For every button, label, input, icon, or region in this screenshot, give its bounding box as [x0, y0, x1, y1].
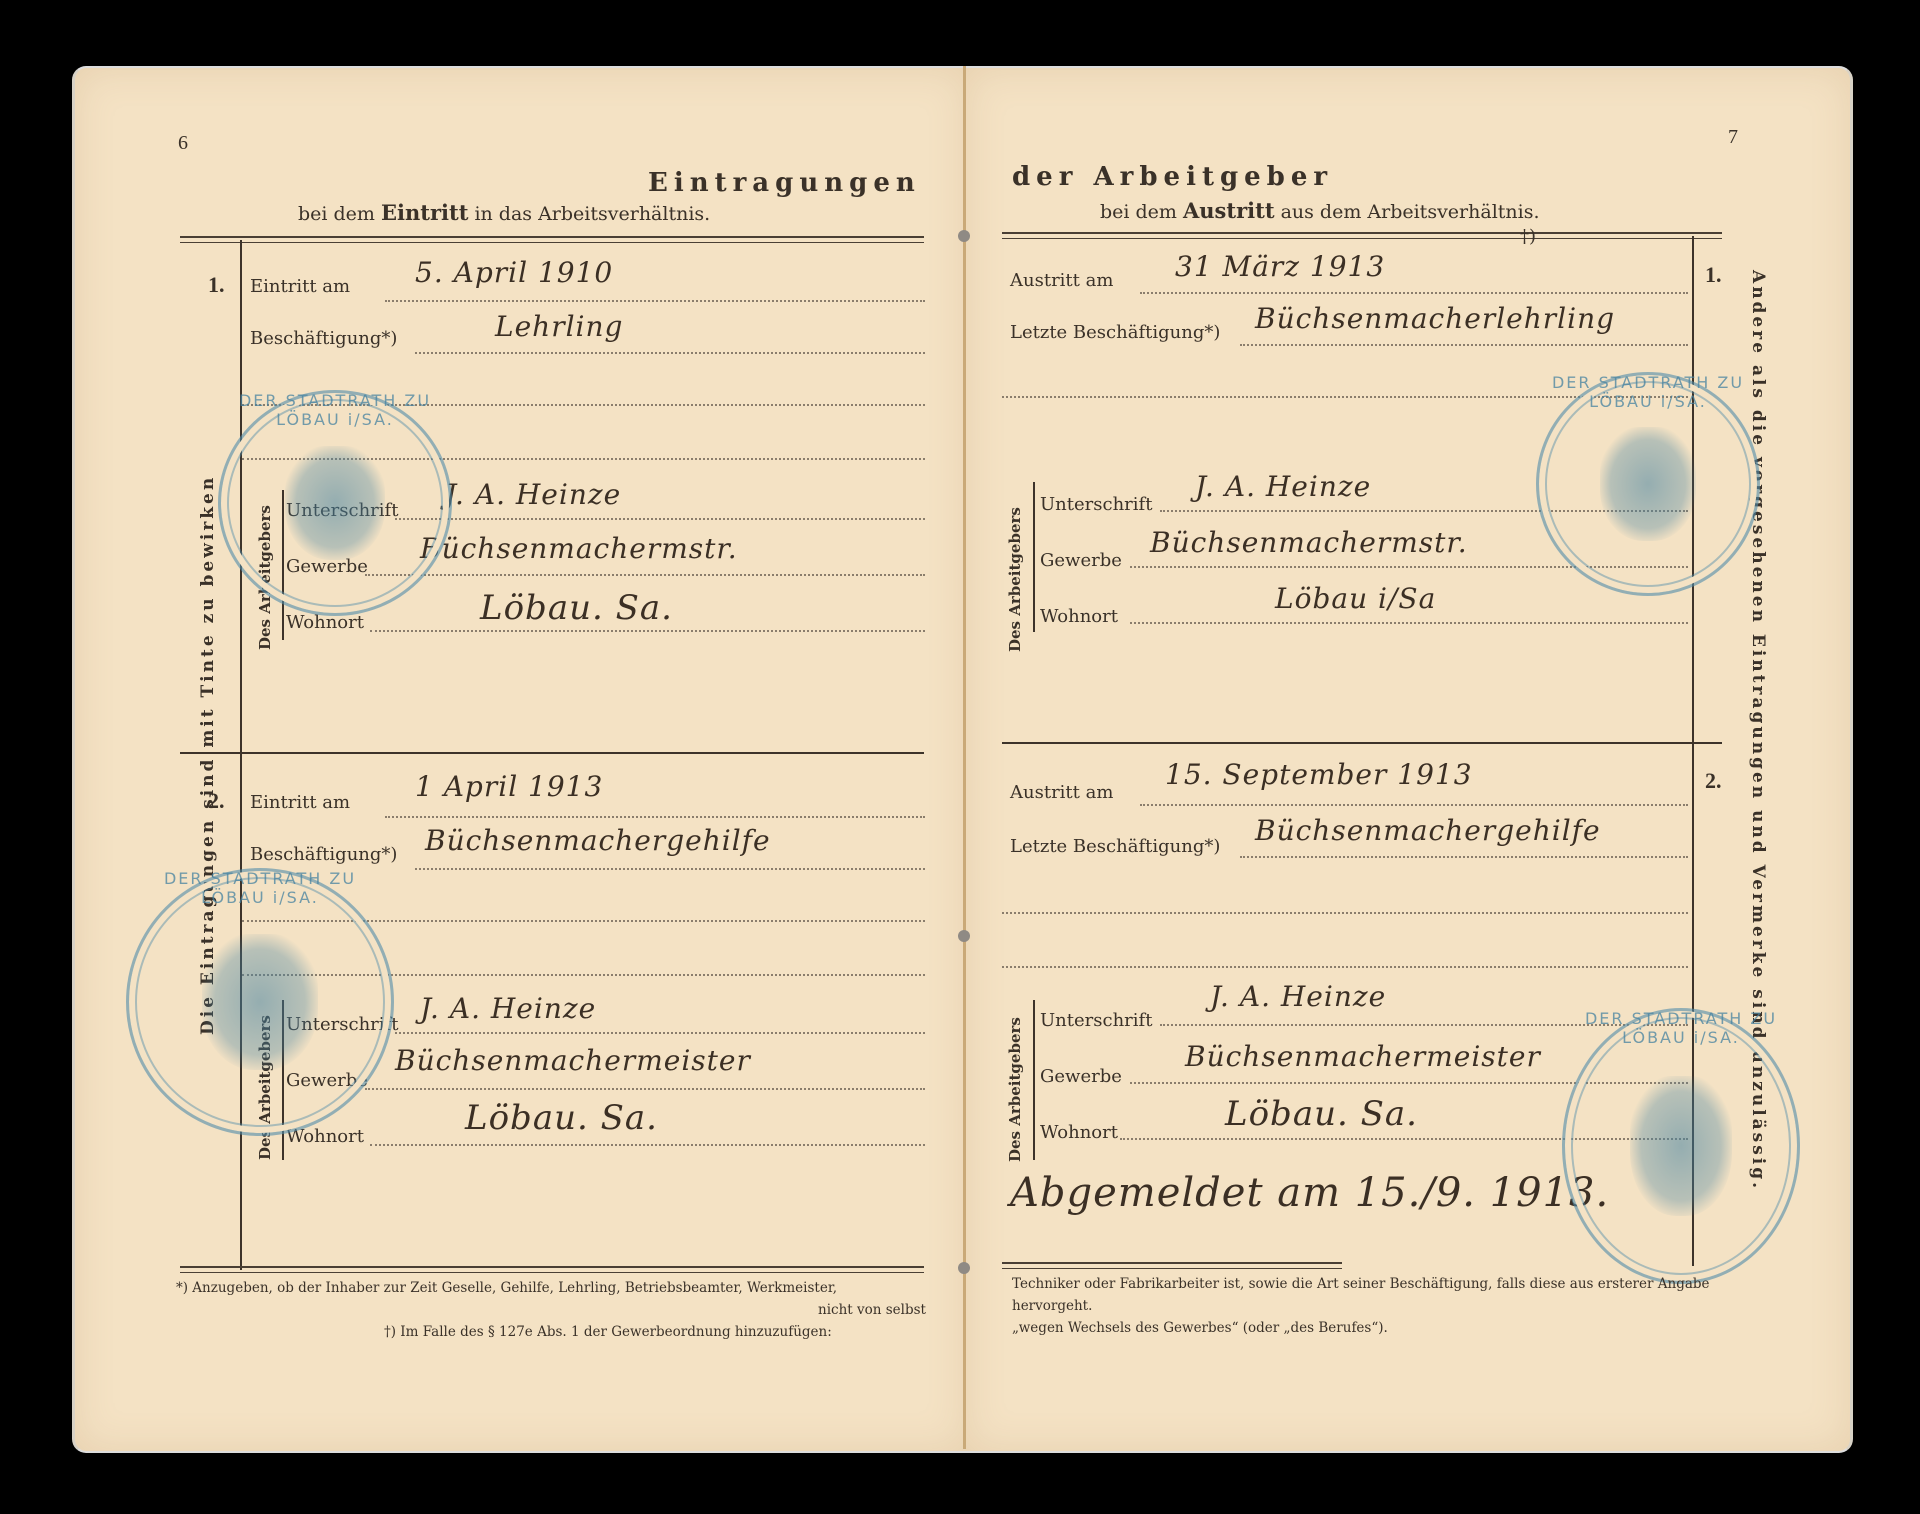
- dotted-line: [1240, 856, 1688, 858]
- dotted-line: [1140, 804, 1688, 806]
- right-title: der Arbeitgeber: [1012, 162, 1333, 192]
- wohnort-label: Wohnort: [1040, 1122, 1118, 1143]
- wohnort-label: Wohnort: [1040, 606, 1118, 627]
- dotted-line: [365, 574, 925, 576]
- footnote-line1: Techniker oder Fabrikarbeiter ist, sowie…: [1012, 1276, 1710, 1292]
- austritt-date-field[interactable]: 31 März 1913: [1175, 250, 1385, 283]
- footnote-star: *) Anzugeben, ob der Inhaber zur Zeit Ge…: [176, 1280, 837, 1296]
- beschaeftigung-field[interactable]: Büchsenmachergehilfe: [425, 824, 771, 857]
- entry-number: 1.: [1705, 262, 1722, 288]
- footnote-line3: „wegen Wechsels des Gewerbes“ (oder „des…: [1012, 1320, 1388, 1336]
- subtitle-bold: Austritt: [1183, 198, 1275, 223]
- eintritt-label: Eintritt am: [250, 792, 350, 813]
- entry-number: 1.: [208, 272, 225, 298]
- eagle-emblem-icon: [285, 446, 385, 560]
- eintritt-date-field[interactable]: 1 April 1913: [415, 770, 603, 803]
- left-subtitle: bei dem Eintritt in das Arbeitsverhältni…: [298, 200, 710, 225]
- official-stamp: DER STADTRATH ZU LÖBAU i/SA.: [126, 868, 394, 1136]
- unterschrift-label: Unterschrift: [1040, 1010, 1152, 1031]
- dotted-line: [370, 630, 925, 632]
- stamp-text: DER STADTRATH ZU LÖBAU i/SA.: [221, 391, 449, 429]
- stamp-text: DER STADTRATH ZU LÖBAU i/SA.: [1539, 373, 1757, 411]
- dotted-line: [415, 352, 925, 354]
- unterschrift-field[interactable]: J. A. Heinze: [420, 992, 596, 1025]
- book-gutter: [963, 66, 966, 1449]
- footnote-star-continued: nicht von selbst: [818, 1302, 926, 1318]
- dotted-line: [395, 1032, 925, 1034]
- subtitle-suffix: in das Arbeitsverhältnis.: [474, 203, 710, 225]
- dotted-line: [1002, 966, 1688, 968]
- staple-icon: [958, 230, 970, 242]
- official-stamp: DER STADTRATH ZU LÖBAU i/SA.: [1536, 372, 1760, 596]
- header-rule: [1002, 232, 1722, 239]
- wohnort-field[interactable]: Löbau. Sa.: [1225, 1094, 1418, 1134]
- eintritt-date-field[interactable]: 5. April 1910: [415, 256, 613, 289]
- austritt-date-field[interactable]: 15. September 1913: [1165, 758, 1473, 791]
- abgemeldet-note[interactable]: Abgemeldet am 15./9. 1913.: [1010, 1170, 1609, 1216]
- gewerbe-label: Gewerbe: [1040, 1066, 1122, 1087]
- subtitle-prefix: bei dem: [298, 203, 375, 225]
- subtitle-bold: Eintritt: [381, 200, 468, 225]
- dotted-line: [1140, 292, 1688, 294]
- staple-icon: [958, 1262, 970, 1274]
- official-stamp: DER STADTRATH ZU LÖBAU i/SA.: [218, 390, 452, 616]
- page-number-left: 6: [178, 132, 188, 155]
- austritt-label: Austritt am: [1010, 270, 1113, 291]
- staple-icon: [958, 930, 970, 942]
- beschaeftigung-label: Beschäftigung*): [250, 328, 397, 349]
- dotted-line: [370, 1144, 925, 1146]
- unterschrift-field[interactable]: J. A. Heinze: [445, 478, 621, 511]
- footnote-dagger: †) Im Falle des § 127e Abs. 1 der Gewerb…: [384, 1324, 832, 1340]
- unterschrift-label: Unterschrift: [1040, 494, 1152, 515]
- wohnort-field[interactable]: Löbau. Sa.: [480, 588, 673, 628]
- entry-separator: [180, 752, 924, 754]
- official-stamp: DER STADTRATH ZU LÖBAU i/SA.: [1562, 1008, 1800, 1284]
- stamp-text: DER STADTRATH ZU LÖBAU i/SA.: [1565, 1009, 1797, 1047]
- letzte-beschaeftigung-label: Letzte Beschäftigung*): [1010, 836, 1220, 857]
- footer-rule: [1002, 1262, 1342, 1269]
- dotted-line: [1240, 344, 1688, 346]
- left-title: Eintragungen: [648, 168, 921, 198]
- wohnort-field[interactable]: Löbau. Sa.: [465, 1098, 658, 1138]
- gewerbe-field[interactable]: Büchsenmachermstr.: [1150, 526, 1468, 559]
- letzte-beschaeftigung-field[interactable]: Büchsenmachergehilfe: [1255, 814, 1601, 847]
- letzte-beschaeftigung-field[interactable]: Büchsenmacherlehrling: [1255, 302, 1615, 335]
- subtitle-suffix: aus dem Arbeitsverhältnis.: [1281, 201, 1540, 223]
- eagle-emblem-icon: [1630, 1076, 1732, 1216]
- stamp-text: DER STADTRATH ZU LÖBAU i/SA.: [129, 869, 391, 907]
- entry-separator: [1002, 742, 1722, 744]
- gewerbe-field[interactable]: Büchsenmachermeister: [1185, 1040, 1541, 1073]
- employer-group-label: Des Arbeitgebers: [1006, 1017, 1024, 1162]
- gewerbe-label: Gewerbe: [1040, 550, 1122, 571]
- entry-number: 2.: [1705, 768, 1722, 794]
- entry-number: 2.: [208, 788, 225, 814]
- employer-group-label: Des Arbeitgebers: [1006, 507, 1024, 652]
- footer-rule: [180, 1266, 924, 1273]
- gewerbe-field[interactable]: Büchsenmachermeister: [395, 1044, 751, 1077]
- footnote-line2: hervorgeht.: [1012, 1298, 1092, 1314]
- unterschrift-field[interactable]: J. A. Heinze: [1210, 980, 1386, 1013]
- eagle-emblem-icon: [1600, 427, 1696, 540]
- employer-brace: [1033, 482, 1035, 632]
- wohnort-field[interactable]: Löbau i/Sa: [1275, 582, 1436, 615]
- dotted-line: [395, 518, 925, 520]
- eintritt-label: Eintritt am: [250, 276, 350, 297]
- dotted-line: [365, 1088, 925, 1090]
- beschaeftigung-field[interactable]: Lehrling: [495, 310, 623, 343]
- gewerbe-field[interactable]: Büchsenmachermstr.: [420, 532, 738, 565]
- subtitle-prefix: bei dem: [1100, 201, 1177, 223]
- employer-brace: [1033, 1000, 1035, 1160]
- page-number-right: 7: [1728, 126, 1738, 149]
- dotted-line: [1130, 622, 1688, 624]
- letzte-beschaeftigung-label: Letzte Beschäftigung*): [1010, 322, 1220, 343]
- dotted-line: [1002, 912, 1688, 914]
- eagle-emblem-icon: [202, 934, 317, 1070]
- beschaeftigung-label: Beschäftigung*): [250, 844, 397, 865]
- austritt-label: Austritt am: [1010, 782, 1113, 803]
- header-rule: [180, 236, 924, 243]
- dotted-line: [385, 816, 925, 818]
- dotted-line: [385, 300, 925, 302]
- unterschrift-field[interactable]: J. A. Heinze: [1195, 470, 1371, 503]
- right-subtitle: bei dem Austritt aus dem Arbeitsverhältn…: [1100, 198, 1540, 223]
- dagger-mark: †): [1520, 226, 1536, 247]
- dotted-line: [415, 868, 925, 870]
